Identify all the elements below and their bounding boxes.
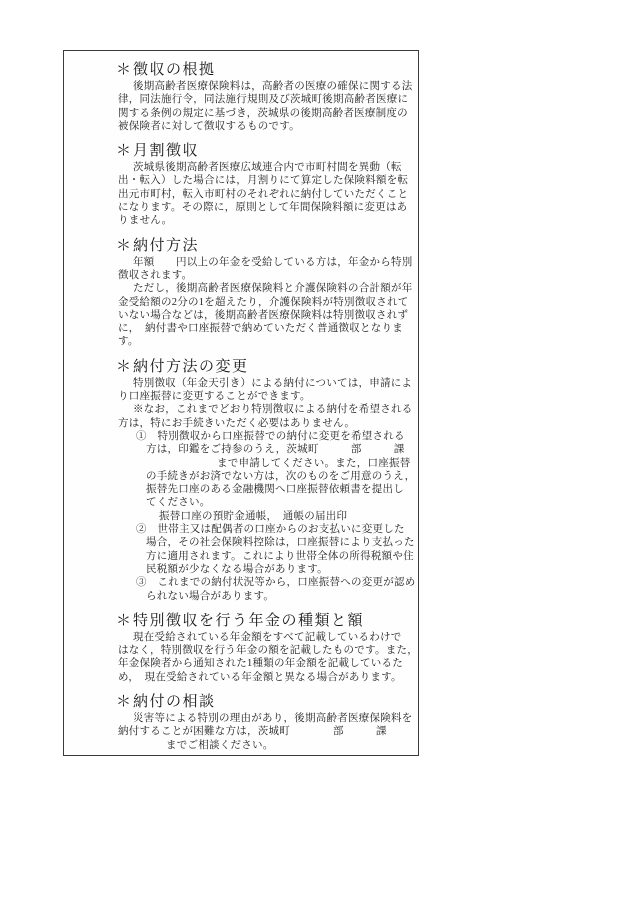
text-line: め， 現在受給されている年金額と異なる場合があります。 [116, 671, 416, 684]
text-line: までご相談ください。 [116, 739, 416, 752]
section-tsukiwari-choshu: ＊月割徴収茨城県後期高齢者医療広域連合内で市町村間を異動（転出・転入）した場合に… [116, 142, 416, 227]
text-line: ③ これまでの納付状況等から，口座振替への変更が認め [116, 576, 416, 589]
text-line: りません。 [116, 214, 416, 227]
text-line: り口座振替に変更することができます。 [116, 390, 416, 403]
text-line: 振替先口座のある金融機関へ口座振替依頼書を提出し [116, 483, 416, 496]
text-line: ただし，後期高齢者医療保険料と介護保険料の合計額が年 [116, 282, 416, 295]
text-line: 出・転入）した場合には，月割りにて算定した保険料額を転 [116, 174, 416, 187]
page: { "page": { "background_color": "#ffffff… [0, 0, 630, 903]
text-line: られない場合があります。 [116, 590, 416, 603]
text-line: 金受給額の2分の1を超えたり，介護保険料が特別徴収されて [116, 296, 416, 309]
text-line: 現在受給されている年金額をすべて記載しているわけで [116, 631, 416, 644]
text-line: 方は，印鑑をご持参のうえ，茨城町 部 課 [116, 443, 416, 456]
text-line: 方に適用されます。これにより世帯全体の所得税額や住 [116, 550, 416, 563]
text-line: ② 世帯主又は配偶者の口座からのお支払いに変更した [116, 523, 416, 536]
heading-asterisk: ＊ [116, 613, 131, 629]
section-heading-text: 納付の相談 [133, 694, 216, 710]
heading-asterisk: ＊ [116, 62, 131, 78]
text-line: 民税額が少なくなる場合があります。 [116, 563, 416, 576]
section-heading-text: 徴収の根拠 [133, 62, 216, 78]
text-line: の手続きがお済でない方は，次のものをご用意のうえ， [116, 470, 416, 483]
text-line: てください。 [116, 496, 416, 509]
text-line: 被保険者に対して徴収するものです。 [116, 120, 416, 133]
text-line: 災害等による特別の理由があり，後期高齢者医療保険料を [116, 712, 416, 725]
section-heading: ＊納付方法の変更 [116, 358, 416, 376]
text-line: になります。その際に，原則として年間保険料額に変更はあ [116, 201, 416, 214]
section-heading-text: 月割徴収 [133, 143, 199, 159]
text-line: 茨城県後期高齢者医療広域連合内で市町村間を異動（転 [116, 161, 416, 174]
text-line: まで申請してください。また，口座振替 [116, 457, 416, 470]
section-heading-text: 特別徴収を行う年金の種類と額 [133, 613, 364, 629]
text-line: 特別徴収（年金天引き）による納付については，申請によ [116, 377, 416, 390]
text-line: 年額 円以上の年金を受給している方は，年金から特別 [116, 256, 416, 269]
text-line: 律，同法施行令，同法施行規則及び茨城町後期高齢者医療に [116, 93, 416, 106]
text-line: 方は，特にお手続きいただく必要はありません。 [116, 417, 416, 430]
text-line: はなく，特別徴収を行う年金の額を記載したものです。また， [116, 644, 416, 657]
heading-asterisk: ＊ [116, 694, 131, 710]
document-frame: ＊徴収の根拠後期高齢者医療保険料は，高齢者の医療の確保に関する法律，同法施行令，… [63, 50, 419, 756]
heading-asterisk: ＊ [116, 143, 131, 159]
text-line: す。 [116, 335, 416, 348]
section-heading: ＊納付方法 [116, 237, 416, 255]
section-heading-text: 納付方法の変更 [133, 359, 249, 375]
heading-asterisk: ＊ [116, 359, 131, 375]
text-line: 振替口座の預貯金通帳， 通帳の届出印 [116, 510, 416, 523]
section-nofu-hoho: ＊納付方法年額 円以上の年金を受給している方は，年金から特別徴収されます。ただし… [116, 237, 416, 349]
section-choshu-no-konkyo: ＊徴収の根拠後期高齢者医療保険料は，高齢者の医療の確保に関する法律，同法施行令，… [116, 61, 416, 133]
section-heading: ＊特別徴収を行う年金の種類と額 [116, 612, 416, 630]
section-heading: ＊月割徴収 [116, 142, 416, 160]
text-line: 後期高齢者医療保険料は，高齢者の医療の確保に関する法 [116, 80, 416, 93]
text-line: 場合，その社会保険料控除は，口座振替により支払った [116, 536, 416, 549]
section-nofu-hoho-no-henko: ＊納付方法の変更特別徴収（年金天引き）による納付については，申請により口座振替に… [116, 358, 416, 603]
text-line: 納付することが困難な方は，茨城町 部 課 [116, 725, 416, 738]
section-nofu-no-sodan: ＊納付の相談災害等による特別の理由があり，後期高齢者医療保険料を納付することが困… [116, 693, 416, 752]
heading-asterisk: ＊ [116, 238, 131, 254]
text-line: 徴収されます。 [116, 269, 416, 282]
section-heading-text: 納付方法 [133, 238, 199, 254]
section-tokubetsu-choshu-nenkin-no-shurui-to-gaku: ＊特別徴収を行う年金の種類と額現在受給されている年金額をすべて記載しているわけで… [116, 612, 416, 684]
text-line: に， 納付書や口座振替で納めていただく普通徴収となりま [116, 322, 416, 335]
text-line: ※なお，これまでどおり特別徴収による納付を希望される [116, 403, 416, 416]
section-heading: ＊納付の相談 [116, 693, 416, 711]
text-line: 関する条例の規定に基づき，茨城県の後期高齢者医療制度の [116, 107, 416, 120]
section-heading: ＊徴収の根拠 [116, 61, 416, 79]
text-line: いない場合などは，後期高齢者医療保険料は特別徴収されず [116, 309, 416, 322]
text-line: 年金保険者から通知された1種類の年金額を記載しているた [116, 657, 416, 670]
text-line: 出元市町村，転入市町村のそれぞれに納付していただくこと [116, 188, 416, 201]
text-line: ① 特別徴収から口座振替での納付に変更を希望される [116, 430, 416, 443]
